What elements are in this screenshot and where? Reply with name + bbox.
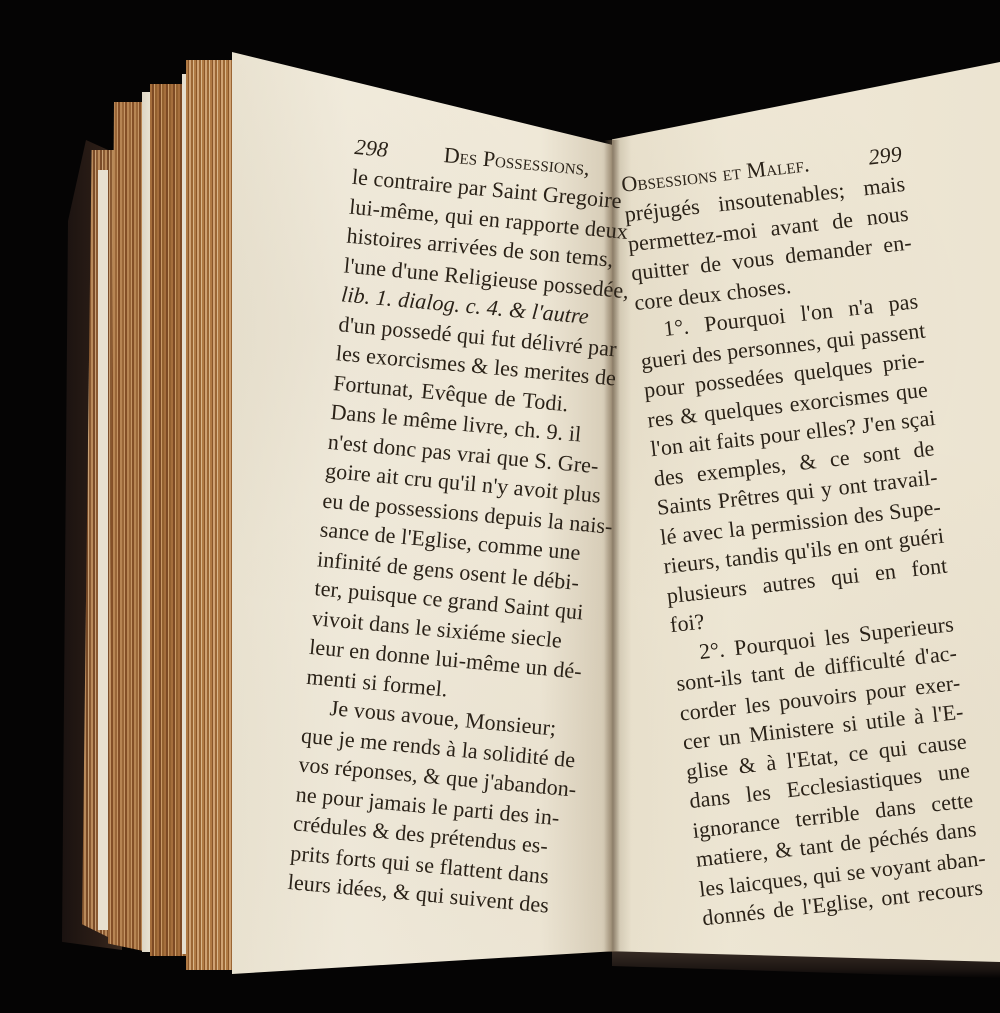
page-edge-layer <box>98 170 108 930</box>
book-photo: 298 Des Possessions, le contraire par Sa… <box>0 0 1000 1013</box>
page-number: 298 <box>354 134 390 163</box>
page-edge-layer <box>186 60 238 970</box>
page-number: 299 <box>867 141 903 170</box>
